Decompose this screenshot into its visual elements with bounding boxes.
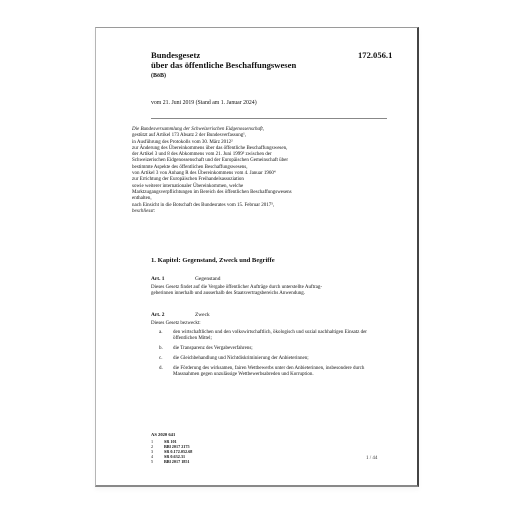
- footnote-source: AS 2020 641: [151, 432, 175, 437]
- list-item: a.den wirtschaftlichen und den volkswirt…: [151, 330, 387, 343]
- date-line: vom 21. Juni 2019 (Stand am 1. Januar 20…: [151, 100, 257, 106]
- document-page: Bundesgesetz über das öffentliche Bescha…: [95, 27, 419, 487]
- footnote-text: BBl 2017 1851: [164, 459, 190, 464]
- article-number: Art. 1: [151, 276, 195, 282]
- article-title: Gegenstand: [195, 276, 220, 282]
- list-label: c.: [151, 356, 173, 362]
- list-item: c.die Gleichbehandlung und Nichtdiskrimi…: [151, 356, 387, 362]
- preamble: Die Bundesversammlung der Schweizerische…: [132, 127, 292, 215]
- list-label: d.: [151, 366, 173, 379]
- article-2-intro: Dieses Gesetz bezweckt:: [151, 321, 201, 327]
- title-line-1: Bundesgesetz: [151, 50, 296, 60]
- list-text: die Transparenz des Vergabeverfahrens;: [173, 346, 387, 352]
- list-item: b.die Transparenz des Vergabeverfahrens;: [151, 346, 387, 352]
- list-item: d.die Förderung des wirksamen, fairen We…: [151, 366, 387, 379]
- list-text: die Förderung des wirksamen, fairen Wett…: [173, 366, 387, 379]
- text-line: geberinnen innerhalb und ausserhalb des …: [151, 291, 322, 297]
- chapter-heading: 1. Kapitel: Gegenstand, Zweck und Begrif…: [151, 257, 275, 264]
- divider: [151, 118, 387, 119]
- preamble-line: Schweizerischen Eidgenossenschaft und de…: [132, 158, 292, 164]
- title-line-2: über das öffentliche Beschaffungswesen: [151, 60, 296, 70]
- sr-number: 172.056.1: [358, 50, 392, 60]
- preamble-lines: gestützt auf Artikel 173 Absatz 2 der Bu…: [132, 133, 292, 209]
- list-label: a.: [151, 330, 173, 343]
- article-title: Zweck: [195, 312, 210, 318]
- article-2-heading: Art. 2Zweck: [151, 312, 210, 318]
- list-label: b.: [151, 346, 173, 352]
- article-number: Art. 2: [151, 312, 195, 318]
- law-title: Bundesgesetz über das öffentliche Bescha…: [151, 50, 296, 70]
- article-1-text: Dieses Gesetz findet auf die Vergabe öff…: [151, 285, 322, 298]
- preamble-line: nach Einsicht in die Botschaft des Bunde…: [132, 203, 292, 209]
- article-2-list: a.den wirtschaftlichen und den volkswirt…: [151, 330, 387, 382]
- preamble-line: Marktzugangsverpflichtungen im Bereich d…: [132, 190, 292, 196]
- preamble-closing: beschliesst:: [132, 209, 292, 215]
- footnote-number: 5: [151, 459, 164, 464]
- footnote: 5BBl 2017 1851: [151, 459, 192, 464]
- law-abbreviation: (BöB): [151, 73, 166, 79]
- list-text: den wirtschaftlichen und den volkswirtsc…: [173, 330, 387, 343]
- article-1-heading: Art. 1Gegenstand: [151, 276, 220, 282]
- list-text: die Gleichbehandlung und Nichtdiskrimini…: [173, 356, 387, 362]
- footnotes: 1SR 1012BBl 2017 21753SR 0.172.052.684SR…: [151, 439, 192, 464]
- page-indicator: 1 / 44: [366, 456, 377, 461]
